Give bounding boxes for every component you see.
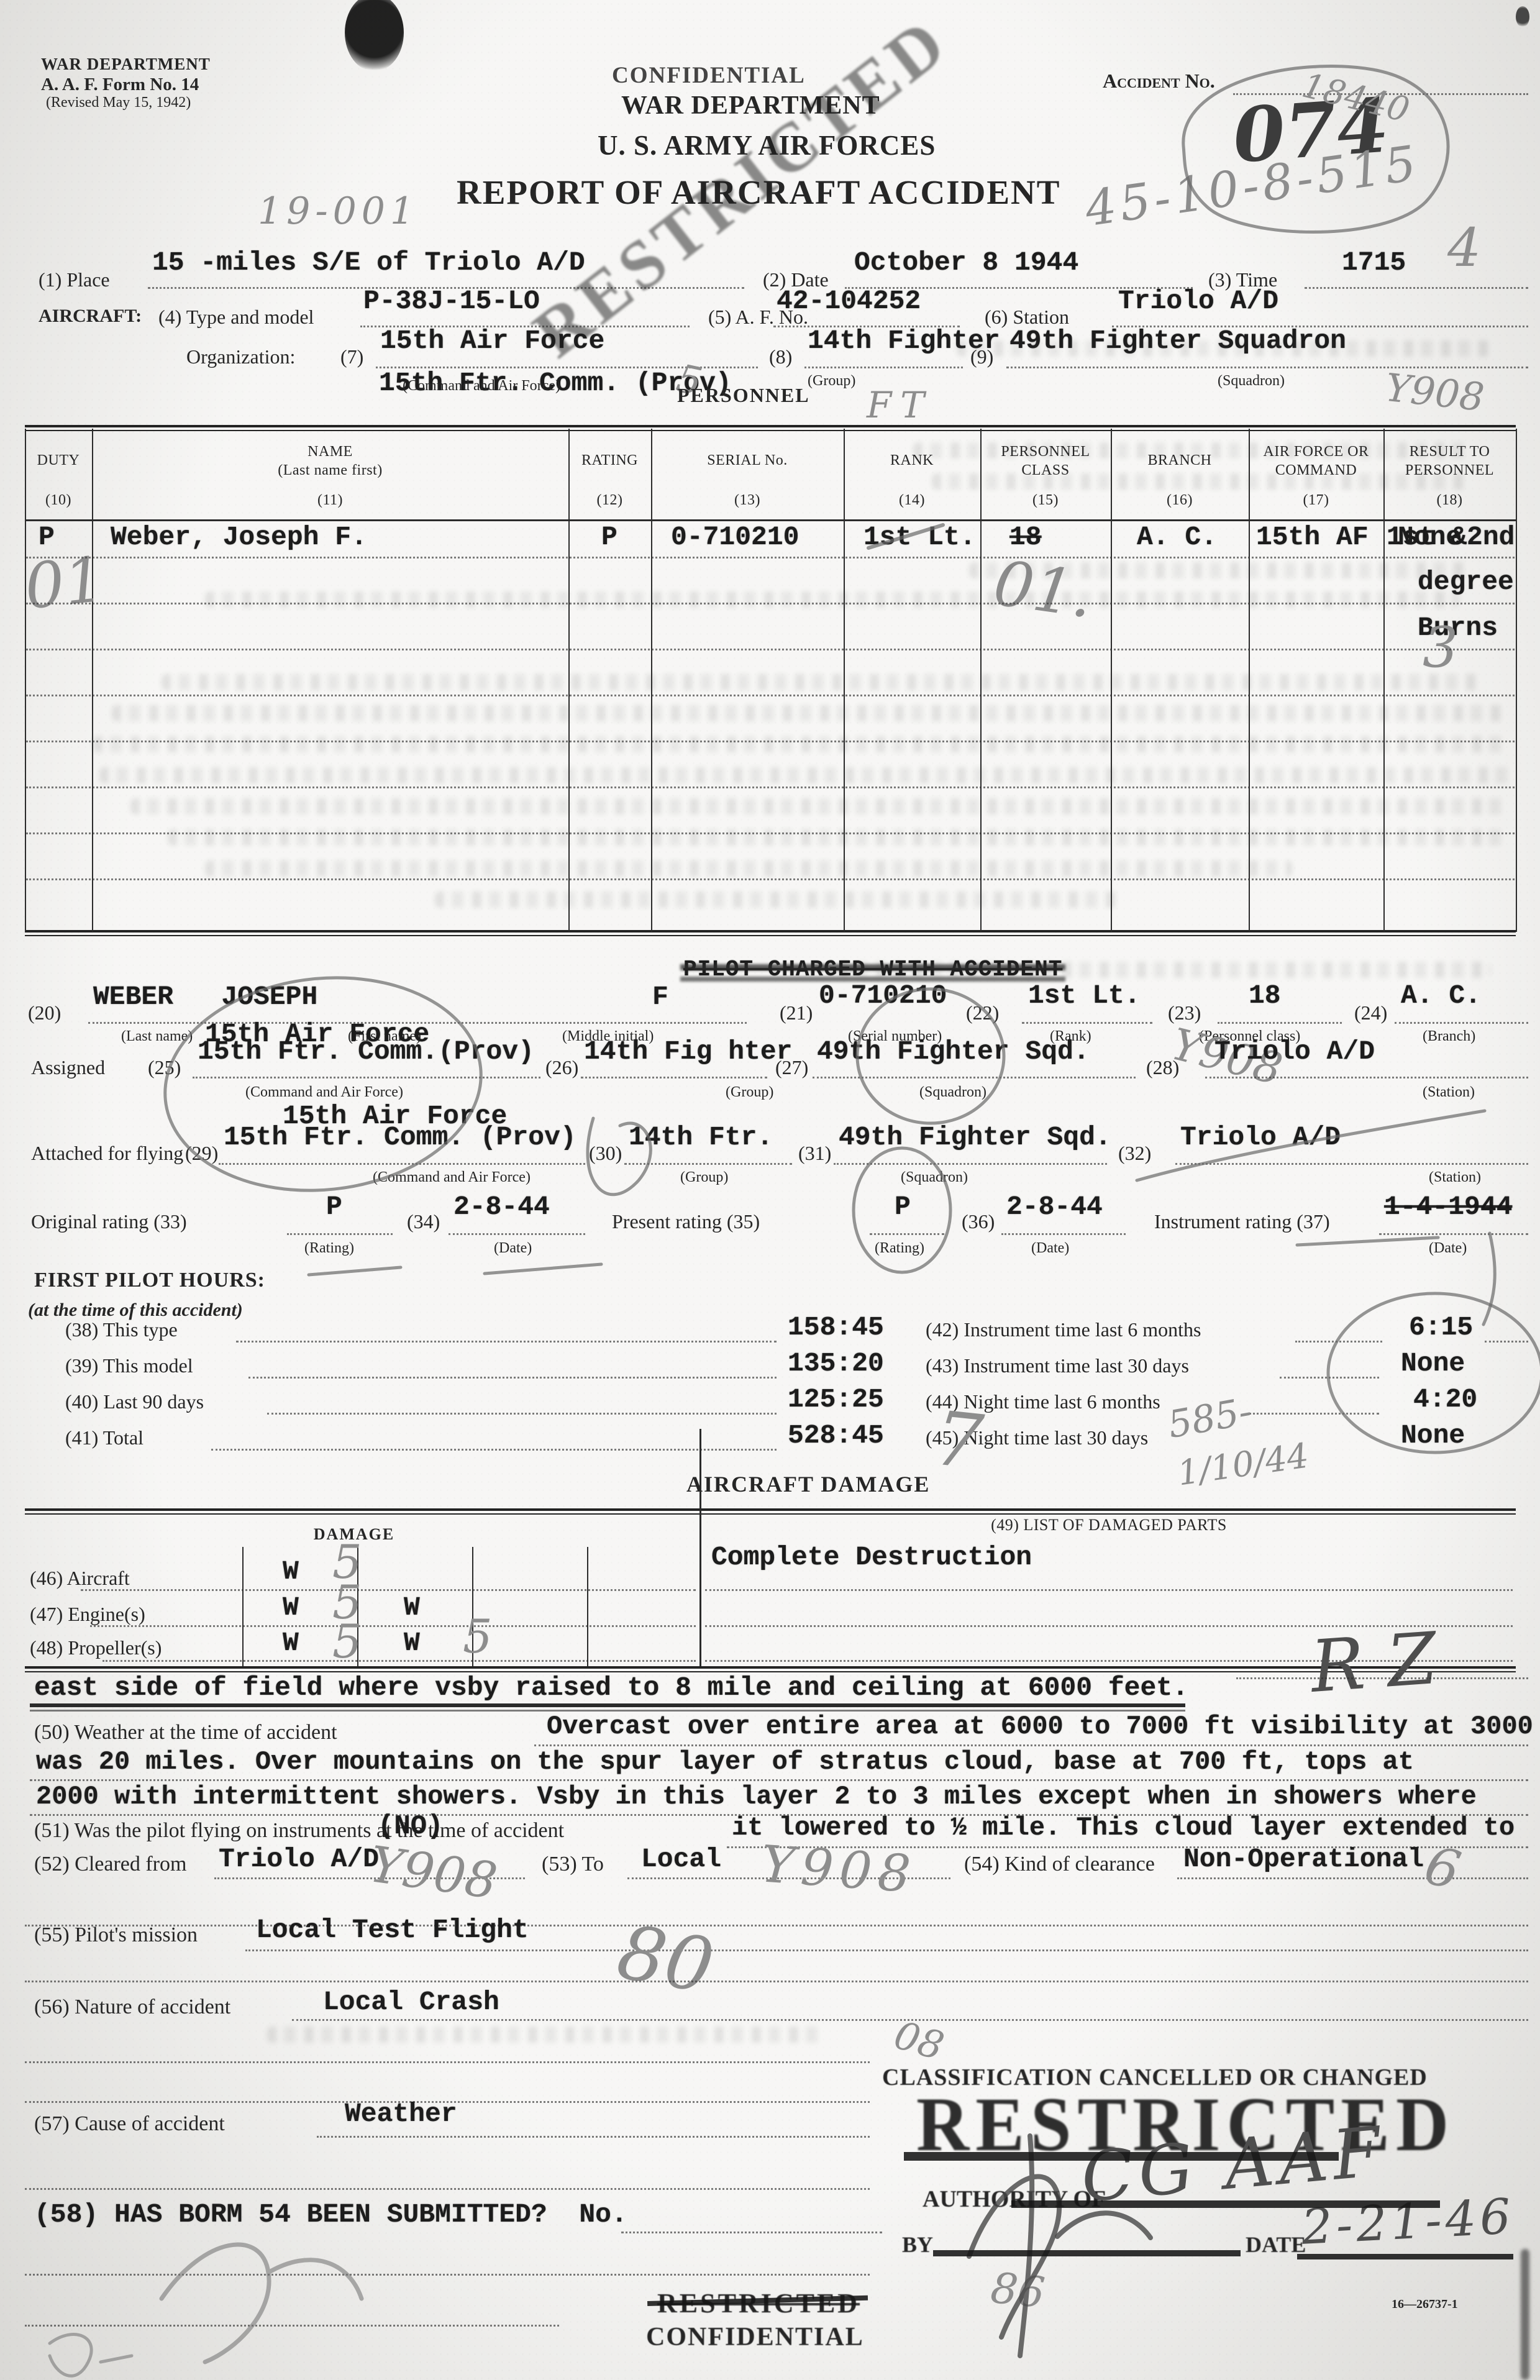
full-dots-3 xyxy=(25,2061,870,2063)
f58-line: (58) HAS BORM 54 BEEN SUBMITTED? No. xyxy=(34,2199,627,2230)
last-name-sub: (Last name) xyxy=(121,1028,193,1045)
row-parachute-visible: None xyxy=(1398,522,1462,552)
accident-no-label: Accident No. xyxy=(1103,70,1215,93)
damage-row-line xyxy=(90,1625,696,1627)
charged-serial: 0-710210 xyxy=(819,980,947,1011)
damage-bottom-border xyxy=(25,1666,1516,1672)
footer-confidential: CONFIDENTIAL xyxy=(646,2322,864,2352)
table-row-line xyxy=(26,557,1515,559)
bleed-through-text xyxy=(435,891,1118,908)
charged-name: WEBER JOSEPH xyxy=(93,982,317,1012)
hand-damage-5c: 5 xyxy=(332,1614,362,1669)
present-rating-value: P xyxy=(895,1192,911,1222)
first-pilot-hours-heading: FIRST PILOT HOURS: xyxy=(34,1269,265,1292)
afno-value: 42-104252 xyxy=(777,286,921,316)
original-rating-label: Original rating (33) xyxy=(31,1210,187,1233)
hand-date-scribble: 1/10/44 xyxy=(1175,1436,1311,1493)
full-dots-1 xyxy=(25,1925,1528,1926)
damage-list-value: Complete Destruction xyxy=(711,1542,1032,1572)
n31: (31) xyxy=(798,1142,831,1165)
by-label: BY xyxy=(902,2232,933,2258)
hours-38-dots xyxy=(236,1341,777,1343)
org-squadron-line xyxy=(1006,367,1528,368)
bleed-through-text xyxy=(205,591,1460,608)
attached-command-line xyxy=(219,1163,585,1165)
attached-squadron-sub: (Squadron) xyxy=(901,1169,968,1186)
n22-visible: (22) xyxy=(966,1001,999,1024)
hours-45-value: None xyxy=(1401,1420,1465,1451)
hand-y908-cleared: Y908 xyxy=(367,1835,501,1910)
overflow-right-dots xyxy=(1236,1677,1528,1679)
form-corner-line3: (Revised May 15, 1942) xyxy=(46,94,191,111)
f51-continuation: it lowered to ½ mile. This cloud layer e… xyxy=(732,1813,1515,1843)
weather-line1: Overcast over entire area at 6000 to 700… xyxy=(547,1712,1533,1741)
col-header-duty: DUTY xyxy=(26,451,91,470)
assigned-label: Assigned xyxy=(31,1056,105,1079)
damage-48-c2: W xyxy=(404,1628,420,1658)
form-corner-line2: A. A. F. Form No. 14 xyxy=(41,75,199,95)
weather-line2: was 20 miles. Over mountains on the spur… xyxy=(36,1747,1414,1777)
n20: (20) xyxy=(28,1001,61,1024)
col-header-branch-num: (16) xyxy=(1112,491,1247,509)
hours-41-value: 528:45 xyxy=(788,1420,884,1451)
weather-line2-dots xyxy=(30,1779,1528,1781)
bleed-through-text xyxy=(932,473,1466,490)
f57-dots xyxy=(317,2136,870,2138)
original-rating-sub: (Rating) xyxy=(304,1240,354,1257)
bleed-through-text xyxy=(99,767,1510,783)
col-header-name: NAME(Last name first) xyxy=(93,442,567,480)
n24: (24) xyxy=(1354,1001,1387,1024)
hand-duty-01: 01 xyxy=(21,543,107,624)
n27: (27) xyxy=(775,1056,808,1079)
date-value: October 8 1944 xyxy=(854,247,1078,278)
bleed-through-text xyxy=(957,340,1491,357)
assigned-group-line xyxy=(581,1077,767,1078)
row-af-command: 15th AF xyxy=(1256,522,1369,552)
footer-restricted: RESTRICTED xyxy=(657,2287,860,2319)
hours-40-value: 125:25 xyxy=(788,1384,884,1415)
row-serial: 0-710210 xyxy=(671,522,799,552)
original-rating-value: P xyxy=(326,1192,342,1222)
hours-39-label: (39) This model xyxy=(65,1354,193,1377)
n7: (7) xyxy=(340,345,363,368)
f52-value: Triolo A/D xyxy=(219,1844,379,1874)
page-edge-shadow xyxy=(1521,2249,1529,2380)
hand-class-01: 01. xyxy=(990,547,1098,632)
col-header-af-num: (17) xyxy=(1250,491,1382,509)
hand-org-y908: Y908 xyxy=(1383,365,1487,420)
bleed-through-text xyxy=(969,562,1466,578)
damage-top-border xyxy=(25,1508,1516,1515)
hours-38-label: (38) This type xyxy=(65,1318,178,1341)
hours-43-label: (43) Instrument time last 30 days xyxy=(926,1354,1189,1377)
hours-38-value: 158:45 xyxy=(788,1312,884,1343)
personnel-heading: PERSONNEL xyxy=(677,384,810,407)
hand-585: 585- xyxy=(1165,1390,1255,1447)
bleed-through-text xyxy=(913,442,1472,458)
hand-result-3: 3 xyxy=(1423,615,1458,680)
assigned-squadron: 49th Fighter Sqd. xyxy=(817,1036,1090,1067)
damage-row-line xyxy=(705,1589,1513,1591)
bleed-through-text xyxy=(130,798,1510,814)
hours-40-label: (40) Last 90 days xyxy=(65,1390,204,1413)
hand-y908-to: Y908 xyxy=(759,1835,919,1904)
damage-col-line xyxy=(242,1547,244,1668)
ink-mark-corner xyxy=(1516,6,1529,27)
damage-46-c1: W xyxy=(283,1556,299,1587)
instrument-rating-label: Instrument rating (37) xyxy=(1154,1210,1330,1233)
assigned-command: 15th Ftr. Comm.(Prov) xyxy=(198,1036,534,1067)
table-header-rule xyxy=(25,519,1516,521)
n34: (34) xyxy=(407,1210,440,1233)
station-value: Triolo A/D xyxy=(1118,286,1278,316)
ink-blot xyxy=(345,0,404,71)
hours-43-value: None xyxy=(1401,1348,1465,1379)
original-rating-date: 2-8-44 xyxy=(453,1192,550,1222)
hours-39-value: 135:20 xyxy=(788,1348,884,1379)
damage-48-c1: W xyxy=(283,1628,299,1658)
present-date-sub: (Date) xyxy=(1031,1240,1069,1257)
org-airforce-value: 15th Air Force xyxy=(380,326,604,356)
f57-value: Weather xyxy=(345,2099,457,2129)
charged-rank-line xyxy=(1022,1022,1152,1024)
org-group-sub: (Group) xyxy=(808,373,855,390)
f52-label: (52) Cleared from xyxy=(34,1853,186,1876)
f58-dots xyxy=(621,2232,882,2233)
hours-41-dots xyxy=(211,1449,777,1451)
charged-rank: 1st Lt. xyxy=(1028,980,1141,1011)
instrument-rating-line xyxy=(1379,1233,1528,1235)
hand-damage-5d: 5 xyxy=(463,1609,493,1664)
damage-row-line xyxy=(81,1589,696,1591)
type-value: P-38J-15-LO xyxy=(363,286,540,316)
f55-label-visible: (55) Pilot's mission xyxy=(34,1923,198,1947)
f57-label: (57) Cause of accident xyxy=(34,2112,225,2136)
full-dots-5 xyxy=(25,2188,870,2190)
hand-org-ft: FT xyxy=(867,384,933,426)
table-row-line xyxy=(26,786,1515,788)
damage-47-label: (47) Engine(s) xyxy=(30,1603,145,1626)
hours-44-dots xyxy=(1249,1413,1379,1415)
hand-rz: R Z xyxy=(1308,1617,1440,1709)
charged-branch-line xyxy=(1395,1022,1528,1024)
confidential-heading: CONFIDENTIAL xyxy=(612,62,806,89)
col-header-name-num: (11) xyxy=(93,491,567,509)
original-rating-date-line xyxy=(449,1233,585,1235)
print-code: 16—26737-1 xyxy=(1392,2297,1458,2312)
row-name: Weber, Joseph F. xyxy=(111,522,367,552)
attached-station-sub: (Station) xyxy=(1429,1169,1481,1186)
bleed-through-text xyxy=(267,2027,826,2043)
n32: (32) xyxy=(1118,1142,1151,1165)
full-dots-7 xyxy=(25,2325,559,2327)
hours-42-dots-after xyxy=(1485,1341,1528,1343)
attached-squadron-line xyxy=(834,1163,1107,1165)
damage-47-c2: W xyxy=(404,1592,420,1623)
n28: (28) xyxy=(1146,1056,1179,1079)
charged-class-line xyxy=(1218,1022,1342,1024)
org-squadron-sub: (Squadron) xyxy=(1218,373,1285,390)
f55-value: Local Test Flight xyxy=(256,1915,529,1945)
attached-squadron: 49th Fighter Sqd. xyxy=(839,1122,1111,1152)
accident-report-page: WAR DEPARTMENT A. A. F. Form No. 14 (Rev… xyxy=(0,0,1540,2380)
present-rating-label: Present rating (35) xyxy=(612,1210,760,1233)
damage-47-c1: W xyxy=(283,1592,299,1623)
table-bottom-border xyxy=(25,930,1516,936)
f56-value: Local Crash xyxy=(323,1987,499,2017)
hand-mission-80: 80 xyxy=(611,1909,720,2010)
table-row-line xyxy=(26,695,1515,696)
attached-station-line xyxy=(1175,1163,1528,1165)
date-stamp-label: DATE xyxy=(1246,2232,1306,2258)
table-row-line xyxy=(26,649,1515,650)
assigned-squadron-line xyxy=(813,1077,1136,1078)
hours-42-value: 6:15 xyxy=(1409,1312,1473,1343)
place-value: 15 -miles S/E of Triolo A/D xyxy=(152,247,585,278)
table-col-line xyxy=(1516,429,1517,932)
instrument-rating-date: 1-4-1944 xyxy=(1384,1192,1512,1222)
weather-line3: 2000 with intermittent showers. Vsby in … xyxy=(36,1782,1477,1812)
n21: (21) xyxy=(780,1001,813,1024)
col-header-result-num: (18) xyxy=(1385,491,1515,509)
hours-40-dots xyxy=(267,1413,777,1415)
row-rating: P xyxy=(601,522,617,552)
branch-sub: (Branch) xyxy=(1423,1028,1475,1045)
hand-time-mark: 4 xyxy=(1447,217,1481,279)
row-class: 18 xyxy=(1009,522,1042,552)
present-rating-sub: (Rating) xyxy=(875,1240,924,1257)
row-branch: A. C. xyxy=(1137,522,1217,552)
pilot-charged-strike-bar xyxy=(680,964,1065,970)
authority-label: AUTHORITY OF xyxy=(923,2186,1106,2213)
aircraft-damage-heading: AIRCRAFT DAMAGE xyxy=(686,1471,930,1497)
table-row-line xyxy=(26,878,1515,880)
full-dots-2 xyxy=(25,1981,1528,1982)
col-header-duty-num: (10) xyxy=(26,491,91,509)
damage-48-label: (48) Propeller(s) xyxy=(30,1636,162,1659)
attached-group-line xyxy=(624,1163,792,1165)
assigned-squadron-sub: (Squadron) xyxy=(919,1084,986,1101)
f53-label: (53) To xyxy=(542,1853,604,1876)
charged-middle-initial: F xyxy=(652,982,668,1012)
weather-line1-dots xyxy=(534,1744,1528,1746)
col-header-rating-num: (12) xyxy=(570,491,650,509)
col-header-serial: SERIAL No. xyxy=(652,451,842,470)
f53-value: Local xyxy=(641,1844,721,1874)
bleed-through-text xyxy=(93,736,1510,752)
form-corner-line1: WAR DEPARTMENT xyxy=(41,55,211,74)
overflow-underline xyxy=(30,1703,1185,1707)
hand-seven: 7 xyxy=(931,1395,986,1486)
f51-label: (51) Was the pilot flying on instruments… xyxy=(34,1819,564,1843)
charged-class: 18 xyxy=(1249,980,1281,1011)
present-rating-line xyxy=(870,1233,944,1235)
org-group-line xyxy=(804,367,963,368)
n26: (26) xyxy=(545,1056,578,1079)
hand-stamp-date: 2-21-46 xyxy=(1300,2189,1516,2256)
damage-divider xyxy=(699,1429,701,1669)
hand-doc-number: 19-001 xyxy=(258,189,419,233)
assigned-station-sub: (Station) xyxy=(1423,1084,1475,1101)
f56-label: (56) Nature of accident xyxy=(34,1995,230,2019)
present-rating-date-line xyxy=(1001,1233,1126,1235)
col-header-rank-num: (14) xyxy=(845,491,979,509)
n30: (30) xyxy=(589,1142,622,1165)
hours-42-label: (42) Instrument time last 6 months xyxy=(926,1318,1201,1341)
damage-row-line xyxy=(103,1660,696,1662)
hours-39-dots xyxy=(248,1377,777,1379)
instrument-date-sub: (Date) xyxy=(1429,1240,1467,1257)
assigned-command-line xyxy=(193,1077,540,1078)
attached-command: 15th Ftr. Comm. (Prov) xyxy=(224,1122,576,1152)
type-label: (4) Type and model xyxy=(158,306,314,329)
charged-branch: A. C. xyxy=(1401,980,1481,1011)
table-top-border xyxy=(25,425,1516,431)
damage-46-label: (46) Aircraft xyxy=(30,1567,130,1590)
n8: (8) xyxy=(769,345,792,368)
attached-group: 14th Ftr. xyxy=(629,1122,773,1152)
f54-value: Non-Operational xyxy=(1183,1844,1424,1874)
col-header-rating: RATING xyxy=(570,451,650,470)
bleed-through-text xyxy=(112,705,1503,721)
hand-86: 86 xyxy=(988,2264,1047,2318)
aircraft-label: AIRCRAFT: xyxy=(39,306,142,327)
assigned-station: Triolo A/D xyxy=(1214,1036,1375,1067)
attached-station: Triolo A/D xyxy=(1180,1122,1341,1152)
n29: (29) xyxy=(185,1142,218,1165)
hours-44-value: 4:20 xyxy=(1413,1384,1477,1415)
weather-overflow-line: east side of field where vsby raised to … xyxy=(34,1672,1188,1703)
hand-clearance-6: 6 xyxy=(1419,1835,1466,1902)
first-pilot-hours-sub: (at the time of this accident) xyxy=(28,1300,243,1321)
bleed-through-text xyxy=(168,829,1503,846)
assigned-group-sub: (Group) xyxy=(726,1084,773,1101)
place-label: (1) Place xyxy=(39,268,110,291)
attached-group-sub: (Group) xyxy=(680,1169,728,1186)
bleed-through-text xyxy=(162,674,1478,690)
f54-label: (54) Kind of clearance xyxy=(964,1853,1155,1876)
organization-label: Organization: xyxy=(186,345,295,368)
attached-label: Attached for flying xyxy=(31,1142,183,1165)
assigned-command-sub: (Command and Air Force) xyxy=(245,1084,403,1101)
col-header-class-num: (15) xyxy=(982,491,1109,509)
row-rank: 1st Lt. xyxy=(863,522,976,552)
original-date-sub: (Date) xyxy=(494,1240,532,1257)
full-dots-6 xyxy=(25,2274,870,2276)
bleed-through-text xyxy=(205,860,1292,877)
n36: (36) xyxy=(962,1210,995,1233)
f55-dots xyxy=(245,1949,1528,1951)
attached-command-sub: (Command and Air Force) xyxy=(373,1169,531,1186)
f50-label: (50) Weather at the time of accident xyxy=(34,1721,337,1744)
time-value: 1715 xyxy=(1342,247,1406,278)
hours-41-label: (41) Total xyxy=(65,1426,144,1449)
damage-col-line xyxy=(587,1547,588,1668)
time-line xyxy=(1305,287,1528,289)
assigned-group: 14th Fig hter xyxy=(584,1036,792,1067)
damaged-parts-header: (49) LIST OF DAMAGED PARTS xyxy=(702,1516,1516,1534)
hours-43-dots xyxy=(1280,1377,1379,1379)
f54-dots xyxy=(1177,1877,1528,1879)
present-rating-date: 2-8-44 xyxy=(1006,1192,1103,1222)
assigned-station-line xyxy=(1205,1077,1528,1078)
col-header-serial-num: (13) xyxy=(652,491,842,509)
original-rating-line xyxy=(287,1233,393,1235)
hours-42-dots xyxy=(1295,1341,1382,1343)
org-command-sub: (Command and Air Force) xyxy=(403,378,560,394)
n25: (25) xyxy=(148,1056,181,1079)
